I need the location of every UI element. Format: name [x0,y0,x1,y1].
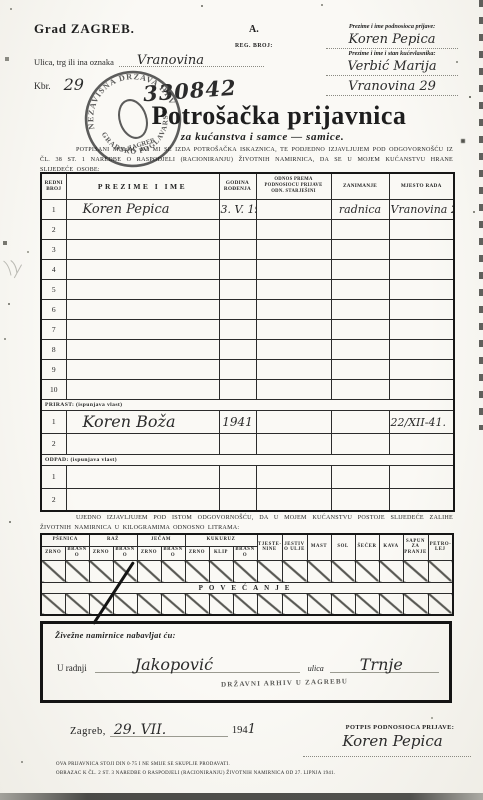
street2-field-line: Trnje [330,652,439,673]
group-kukuruz: KUKURUZ [185,534,257,546]
signature-line [303,738,471,757]
subcol-klip: KLIP [209,546,233,560]
shop-field-value: Jakopović [135,655,213,674]
col-header-prezime-ime: PREZIME I IME [66,173,219,199]
shop-field-line: Jakopović [95,652,300,673]
prirast-row: 1 Koren Boža 1941 22/XII-41. [41,410,454,433]
subcol-brasno: BRAŠNO [65,546,89,560]
group-raz: RAŽ [89,534,137,546]
col-header-odnos: ODNOS PREMA PODNOSIOCU PRIJAVE ODN. STAR… [256,173,331,199]
col-header-godina-rodjenja: GODINA ROĐENJA [219,173,256,199]
declaration-people: POTPISANI MOLIM, DA MI SE IZDA POTROŠAČK… [40,146,453,175]
street2-field-value: Trnje [360,655,403,674]
person-row: 2 [41,219,454,239]
col-secer: ŠEĆER [355,534,379,560]
col-header-mjesto-rada: MJESTO RADA [389,173,454,199]
landlord-name-value: Verbić Marija [347,59,436,74]
landlord-label: Prezime i ime i stan kućevlasnika: [326,50,458,57]
col-jestivo-ulje: JESTIVO ULJE [282,534,307,560]
row-number: 7 [41,319,66,339]
margin-pencil-mark [0,248,30,282]
group-jecam: JEČAM [137,534,185,546]
form-subtitle: za kućanstva i samce — samice. [110,131,415,143]
row-number: 1 [41,199,66,219]
place-label: Zagreb, [70,726,106,737]
year-handwritten-digit: 1 [248,722,256,737]
subcol-zrno: ZRNO [137,546,161,560]
section-letter: A. [249,24,259,35]
street2-field-label: ulica [308,664,324,673]
col-petrolej: PETRO­LEJ [428,534,453,560]
col-mast: MAST [307,534,331,560]
prirast-entry-name: Koren Boža [83,412,176,431]
supplies-value-row [41,560,453,582]
declaration-supplies: UJEDNO IZJAVLJUJEM POD ISTOM ODGOVORNOŠĆ… [40,514,453,534]
row-number: 2 [41,433,66,454]
scan-specks [0,0,2,2]
col-header-redni-broj: REDNI BROJ [41,173,66,199]
form-title: Potrošačka prijavnica [118,101,440,131]
archive-stamp-text: DRŽAVNI ARHIV U ZAGREBU [221,677,348,688]
landlord-address-value: Vranovina 29 [348,79,436,94]
persons-table: REDNI BROJ PREZIME I IME GODINA ROĐENJA … [40,172,455,512]
subcol-zrno: ZRNO [89,546,113,560]
house-number-label: Kbr. [34,82,51,92]
scan-edge-bottom [0,793,483,800]
row-number: 9 [41,359,66,379]
purchase-box: Živežne namirnice nabavljat ću: U radnji… [40,621,452,703]
person-row: 4 [41,259,454,279]
row-number: 10 [41,379,66,399]
date-line: 29. VII. [110,718,228,737]
increase-band: POVEĆANJE [41,582,453,593]
purchase-fill-row: U radnji Jakopović ulica Trnje [57,652,439,673]
row-number: 3 [41,239,66,259]
person-row: 1 Koren Pepica 3. V. 1919 radnica Vranov… [41,199,454,219]
prirast-entry-birth: 1941 [222,415,253,429]
increase-band-label: POVEĆANJE [41,582,453,593]
row-number: 4 [41,259,66,279]
col-sol: SOL [331,534,355,560]
supplies-table: PŠENICA RAŽ JEČAM KUKURUZ TJESTE­NINE JE… [40,533,454,616]
col-header-zanimanje: ZANIMANJE [331,173,389,199]
subcol-brasno: BRAŠNO [233,546,257,560]
col-tjestenine: TJESTE­NINE [257,534,282,560]
prirast-entry-date: 22/XII-41. [391,416,446,429]
signature-label: POTPIS PODNOSIOCA PRIJAVE: [330,724,470,731]
landlord-name-line: Verbić Marija [326,57,458,76]
prirast-row: 2 [41,433,454,454]
entry-relation [256,199,331,219]
odpad-row: 1 [41,465,454,488]
subcol-zrno: ZRNO [185,546,209,560]
date-value: 29. VII. [114,722,166,738]
street-field-label: Ulica, trg ili ina oznaka [34,57,114,67]
reg-number-label: REG. BROJ: [235,43,273,49]
row-number: 6 [41,299,66,319]
purchase-intro-label: Živežne namirnice nabavljat ću: [55,631,176,640]
date-row: Zagreb, 29. VII. 1941 [70,718,310,737]
footer-notes: OVA PRIJAVNICA STOJI DIN 0·75 I NE SMIJE… [56,760,448,779]
note-form-reference: OBRAZAC K ČL. 2 ST. 3 NAREDBE O RASPODJE… [56,769,448,778]
odpad-row: 2 [41,488,454,511]
person-row: 5 [41,279,454,299]
person-row: 6 [41,299,454,319]
col-sapun: SAPUN ZA PRANJE [403,534,428,560]
row-number: 1 [41,410,66,433]
person-row: 7 [41,319,454,339]
prirast-band-label: PRIRAST: (ispunjava vlast) [41,399,454,410]
person-row: 10 [41,379,454,399]
subcol-zrno: ZRNO [41,546,65,560]
year-text: 1941 [232,722,256,737]
city-heading: Grad ZAGREB. [34,21,135,37]
entry-occupation: radnica [339,203,381,216]
row-number: 2 [41,219,66,239]
subcol-brasno: BRAŠNO [113,546,137,560]
row-number: 2 [41,488,66,511]
scan-edge-right [479,0,483,430]
applicant-name-line: Koren Pepica [326,30,458,49]
landlord-address-line: Vranovina 29 [326,77,458,96]
entry-birth-year: 3. V. 1919 [221,203,257,216]
odpad-band-label: ODPAD: (ispunjava vlast) [41,454,454,465]
row-number: 8 [41,339,66,359]
person-row: 3 [41,239,454,259]
prirast-band: PRIRAST: (ispunjava vlast) [41,399,454,410]
note-price: OVA PRIJAVNICA STOJI DIN 0·75 I NE SMIJE… [56,760,448,769]
persons-table-header-row: REDNI BROJ PREZIME I IME GODINA ROĐENJA … [41,173,454,199]
header-right-block: Prezime i ime podnosioca prijave: Koren … [326,23,458,97]
applicant-name-value: Koren Pepica [349,32,436,47]
row-number: 1 [41,465,66,488]
row-number: 5 [41,279,66,299]
person-row: 8 [41,339,454,359]
year-printed: 194 [232,725,248,736]
supplies-group-header-row: PŠENICA RAŽ JEČAM KUKURUZ TJESTE­NINE JE… [41,534,453,546]
applicant-name-label: Prezime i ime podnosioca prijave: [326,23,458,30]
shop-field-label: U radnji [57,663,87,673]
subcol-brasno: BRAŠNO [161,546,185,560]
group-psenica: PŠENICA [41,534,89,546]
person-row: 9 [41,359,454,379]
entry-workplace: Vranovina 29 [391,203,455,216]
odpad-band: ODPAD: (ispunjava vlast) [41,454,454,465]
col-kava: KAVA [379,534,403,560]
entry-name: Koren Pepica [83,202,170,217]
scanned-form-page: Grad ZAGREB. Ulica, trg ili ina oznaka V… [0,0,483,800]
